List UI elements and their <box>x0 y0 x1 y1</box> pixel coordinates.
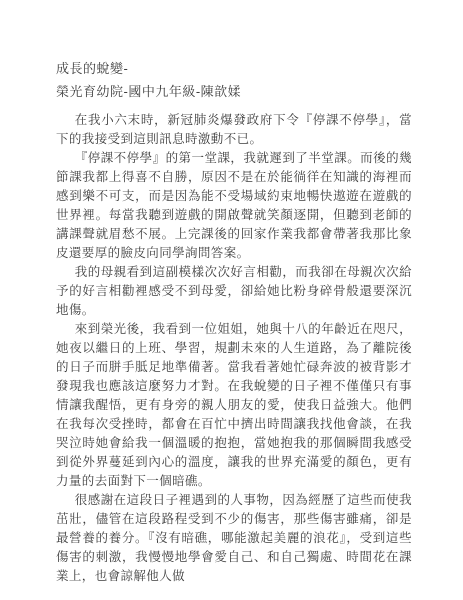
essay-paragraph-1: 在我小六末時，新冠肺炎爆發政府下令『停課不停學』，當下的我接受到這則訊息時激動不… <box>56 111 412 149</box>
essay-paragraph-3: 我的母親看到這副模樣次次好言相勸，而我卻在母親次次給予的好言相勸裡感受不到母愛，… <box>56 263 412 320</box>
essay-paragraph-5: 很感謝在這段日子裡遇到的人事物，因為經歷了這些而使我茁壯，儘管在這段路程受到不少… <box>56 491 412 586</box>
essay-paragraph-2: 『停課不停學』的第一堂課，我就遲到了半堂課。而後的幾節課我都上得喜不自勝，原因不… <box>56 149 412 263</box>
document-page: 成長的蛻變- 榮光育幼院-國中九年級-陳歆媃 在我小六末時，新冠肺炎爆發政府下令… <box>0 0 463 600</box>
essay-title: 成長的蛻變- <box>56 61 413 77</box>
essay-paragraph-4: 來到榮光後，我看到一位姐姐，她與十八的年齡近在咫尺，她夜以繼日的上班、學習，規劃… <box>56 320 412 491</box>
essay-body: 在我小六末時，新冠肺炎爆發政府下令『停課不停學』，當下的我接受到這則訊息時激動不… <box>56 111 412 586</box>
essay-byline: 榮光育幼院-國中九年級-陳歆媃 <box>56 84 413 100</box>
